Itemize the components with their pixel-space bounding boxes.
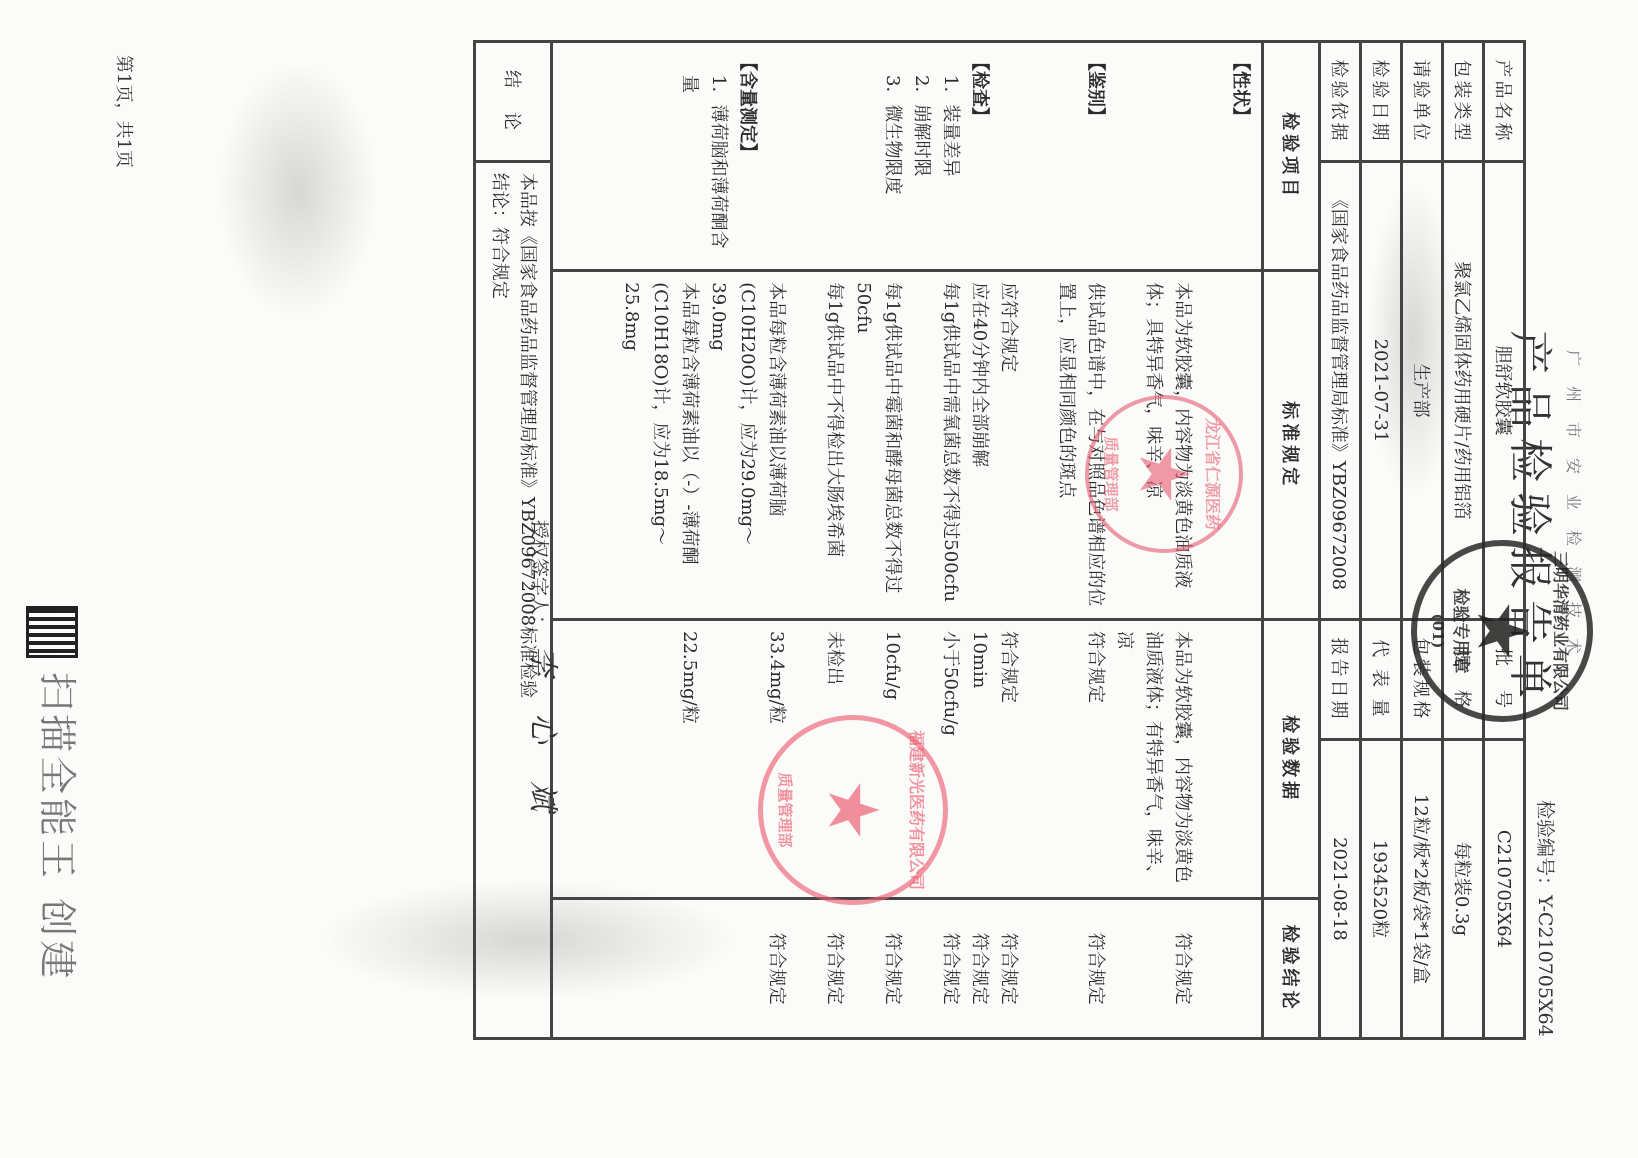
spacer xyxy=(1023,282,1052,608)
scan-smudge xyxy=(218,60,378,320)
test-item-conclusion: 符合规定 xyxy=(994,910,1023,1027)
requester-value: 生产部 xyxy=(1402,161,1443,619)
page-indicator: 第1页，共1页 xyxy=(112,55,138,168)
test-item-data: 本品为软胶囊，内容物为淡黄色油质液体；有特异香气，味辛、凉 xyxy=(1110,631,1197,887)
test-item-name xyxy=(762,53,791,259)
results-items-column: 【性状】【鉴别】【检查】1．装量差异2．崩解时限3．微生物限度【含量测定】1．薄… xyxy=(552,42,1263,271)
test-item-data: 22.5mg/粒 xyxy=(617,631,704,887)
report-number: 检验编号：Y-C210705X64 xyxy=(1533,800,1560,1037)
test-item-data: 10cfu/g xyxy=(849,631,907,887)
test-item-name xyxy=(559,53,646,259)
col-header-data: 检验数据 xyxy=(1263,620,1320,899)
test-item-data: 未检出 xyxy=(820,631,849,887)
col-header-standard: 标准规定 xyxy=(1263,271,1320,620)
test-item-standard: 供试品色谱中，在与对照品色谱相应的位置上，应显相同颜色的斑点 xyxy=(1052,282,1110,608)
test-item-standard: 应在40分钟内全部崩解 xyxy=(965,282,994,608)
results-body-row: 【性状】【鉴别】【检查】1．装量差异2．崩解时限3．微生物限度【含量测定】1．薄… xyxy=(552,42,1263,1039)
signature-label: 授权签字人： xyxy=(528,520,550,634)
inspection-report-page: 广州市安业检测技术 产品检验报告单 检验编号：Y-C210705X64 产品名称… xyxy=(0,0,1638,1158)
row-product-name: 产品名称 胆舒软胶囊 批 号 C210705X64 xyxy=(1484,42,1525,1039)
test-item-name: 1．薄荷脑和薄荷酮含量 xyxy=(646,53,733,259)
test-item-standard: 每1g供试品中不得检出大肠埃希菌 xyxy=(820,282,849,608)
scanner-watermark: 扫描全能王 创建 xyxy=(33,672,88,982)
test-item-data: 小于50cfu/g xyxy=(907,631,965,887)
results-data-column: 本品为软胶囊，内容物为淡黄色油质液体；有特异香气，味辛、凉符合规定符合规定10m… xyxy=(552,620,1263,899)
test-item-data: 10min xyxy=(965,631,994,887)
test-item-conclusion: 符合规定 xyxy=(704,910,791,1027)
requester-label: 请验单位 xyxy=(1402,42,1443,162)
spec-label: 规 格 xyxy=(1443,620,1484,740)
col-header-conclusion: 检验结论 xyxy=(1263,899,1320,1039)
package-type-value: 聚氯乙烯固体药用硬片/药用铝箔 xyxy=(1443,161,1484,619)
results-conclusion-column: 符合规定符合规定符合规定符合规定符合规定符合规定符合规定符合规定 xyxy=(552,899,1263,1039)
test-item-standard: 每1g供试品中霉菌和酵母菌总数不得过50cfu xyxy=(849,282,907,608)
test-item-standard: 应符合规定 xyxy=(994,282,1023,608)
row-inspection-date: 检验日期 2021-07-31 代 表 量 1934520粒 xyxy=(1361,42,1402,1039)
quantity-label: 代 表 量 xyxy=(1361,620,1402,740)
report-table: 产品名称 胆舒软胶囊 批 号 C210705X64 包装类型 聚氯乙烯固体药用硬… xyxy=(473,40,1526,1040)
product-name-label: 产品名称 xyxy=(1484,42,1525,162)
test-item-name: 2．崩解时限 xyxy=(907,53,936,259)
test-item-name xyxy=(791,53,849,259)
package-spec-value: 12粒/板*2板/袋*1袋/盒 xyxy=(1402,739,1443,1038)
spacer xyxy=(1023,631,1052,887)
results-standard-column: 本品为软胶囊，内容物为淡黄色油质液体；具特异香气，味辛、凉供试品色谱中，在与对照… xyxy=(552,271,1263,620)
authorized-signature: 授权签字人：李 心 斌 xyxy=(524,520,568,825)
spacer xyxy=(791,910,820,1027)
inspection-date-value: 2021-07-31 xyxy=(1361,161,1402,619)
row-requester: 请验单位 生产部 包装规格 12粒/板*2板/袋*1袋/盒 xyxy=(1402,42,1443,1039)
spacer xyxy=(1023,910,1052,1027)
section-title: 【鉴别】 xyxy=(1081,53,1110,259)
row-package-type: 包装类型 聚氯乙烯固体药用硬片/药用铝箔 规 格 每粒装0.3g xyxy=(1443,42,1484,1039)
test-item-conclusion: 符合规定 xyxy=(1052,910,1110,1027)
product-name-value: 胆舒软胶囊 xyxy=(1484,161,1525,619)
test-item-standard: 本品为软胶囊，内容物为淡黄色油质液体；具特异香气，味辛、凉 xyxy=(1110,282,1197,608)
section-title: 【检查】 xyxy=(965,53,994,259)
report-date-label: 报告日期 xyxy=(1320,620,1361,740)
test-item-standard: 每1g供试品中需氧菌总数不得过500cfu xyxy=(907,282,965,608)
qr-code-icon xyxy=(26,606,78,658)
test-item-data: 符合规定 xyxy=(1052,631,1110,887)
spacer xyxy=(791,631,820,887)
package-spec-label: 包装规格 xyxy=(1402,620,1443,740)
test-item-name: 1．装量差异 xyxy=(936,53,965,259)
test-item-data: 符合规定 xyxy=(994,631,1023,887)
test-item-data: 33.4mg/粒 xyxy=(704,631,791,887)
test-item-name xyxy=(1023,53,1081,259)
signature-handwriting: 李 心 斌 xyxy=(525,646,560,825)
report-number-label: 检验编号： xyxy=(1534,800,1556,895)
results-header-row: 检验项目 标准规定 检验数据 检验结论 xyxy=(1263,42,1320,1039)
quantity-value: 1934520粒 xyxy=(1361,739,1402,1038)
conclusion-label: 结 论 xyxy=(475,42,552,162)
section-title: 【含量测定】 xyxy=(733,53,762,259)
spacer xyxy=(994,53,1023,259)
section-title: 【性状】 xyxy=(1226,53,1255,259)
package-type-label: 包装类型 xyxy=(1443,42,1484,162)
row-basis: 检验依据 《国家食品药品监督管理局标准》YBZ09672008 报告日期 202… xyxy=(1320,42,1361,1039)
inspection-date-label: 检验日期 xyxy=(1361,42,1402,162)
test-item-conclusion: 符合规定 xyxy=(965,910,994,1027)
batch-label: 批 号 xyxy=(1484,620,1525,740)
test-item-name: 3．微生物限度 xyxy=(849,53,907,259)
test-item-conclusion xyxy=(617,910,704,1027)
report-date-value: 2021-08-18 xyxy=(1320,739,1361,1038)
test-item-name xyxy=(1139,53,1226,259)
test-item-conclusion: 符合规定 xyxy=(849,910,907,1027)
conclusion-text-line2: 结论：符合规定 xyxy=(485,173,513,1027)
test-item-standard: 本品每粒含薄荷素油以（-）-薄荷酮(C10H18O)计，应为18.5mg～25.… xyxy=(617,282,704,608)
test-item-conclusion: 符合规定 xyxy=(907,910,965,1027)
test-item-conclusion: 符合规定 xyxy=(820,910,849,1027)
col-header-item: 检验项目 xyxy=(1263,42,1320,271)
batch-value: C210705X64 xyxy=(1484,739,1525,1038)
spec-value: 每粒装0.3g xyxy=(1443,739,1484,1038)
basis-value: 《国家食品药品监督管理局标准》YBZ09672008 xyxy=(1320,161,1361,619)
title-ghost-text: 广州市安业检测技术 xyxy=(1563,350,1586,674)
test-item-conclusion: 符合规定 xyxy=(1110,910,1197,1027)
test-item-standard: 本品每粒含薄荷素油以薄荷脑(C10H20O)计，应为29.0mg～39.0mg xyxy=(704,282,791,608)
report-number-value: Y-C210705X64 xyxy=(1534,895,1556,1037)
spacer xyxy=(791,282,820,608)
spacer xyxy=(1110,53,1139,259)
basis-label: 检验依据 xyxy=(1320,42,1361,162)
